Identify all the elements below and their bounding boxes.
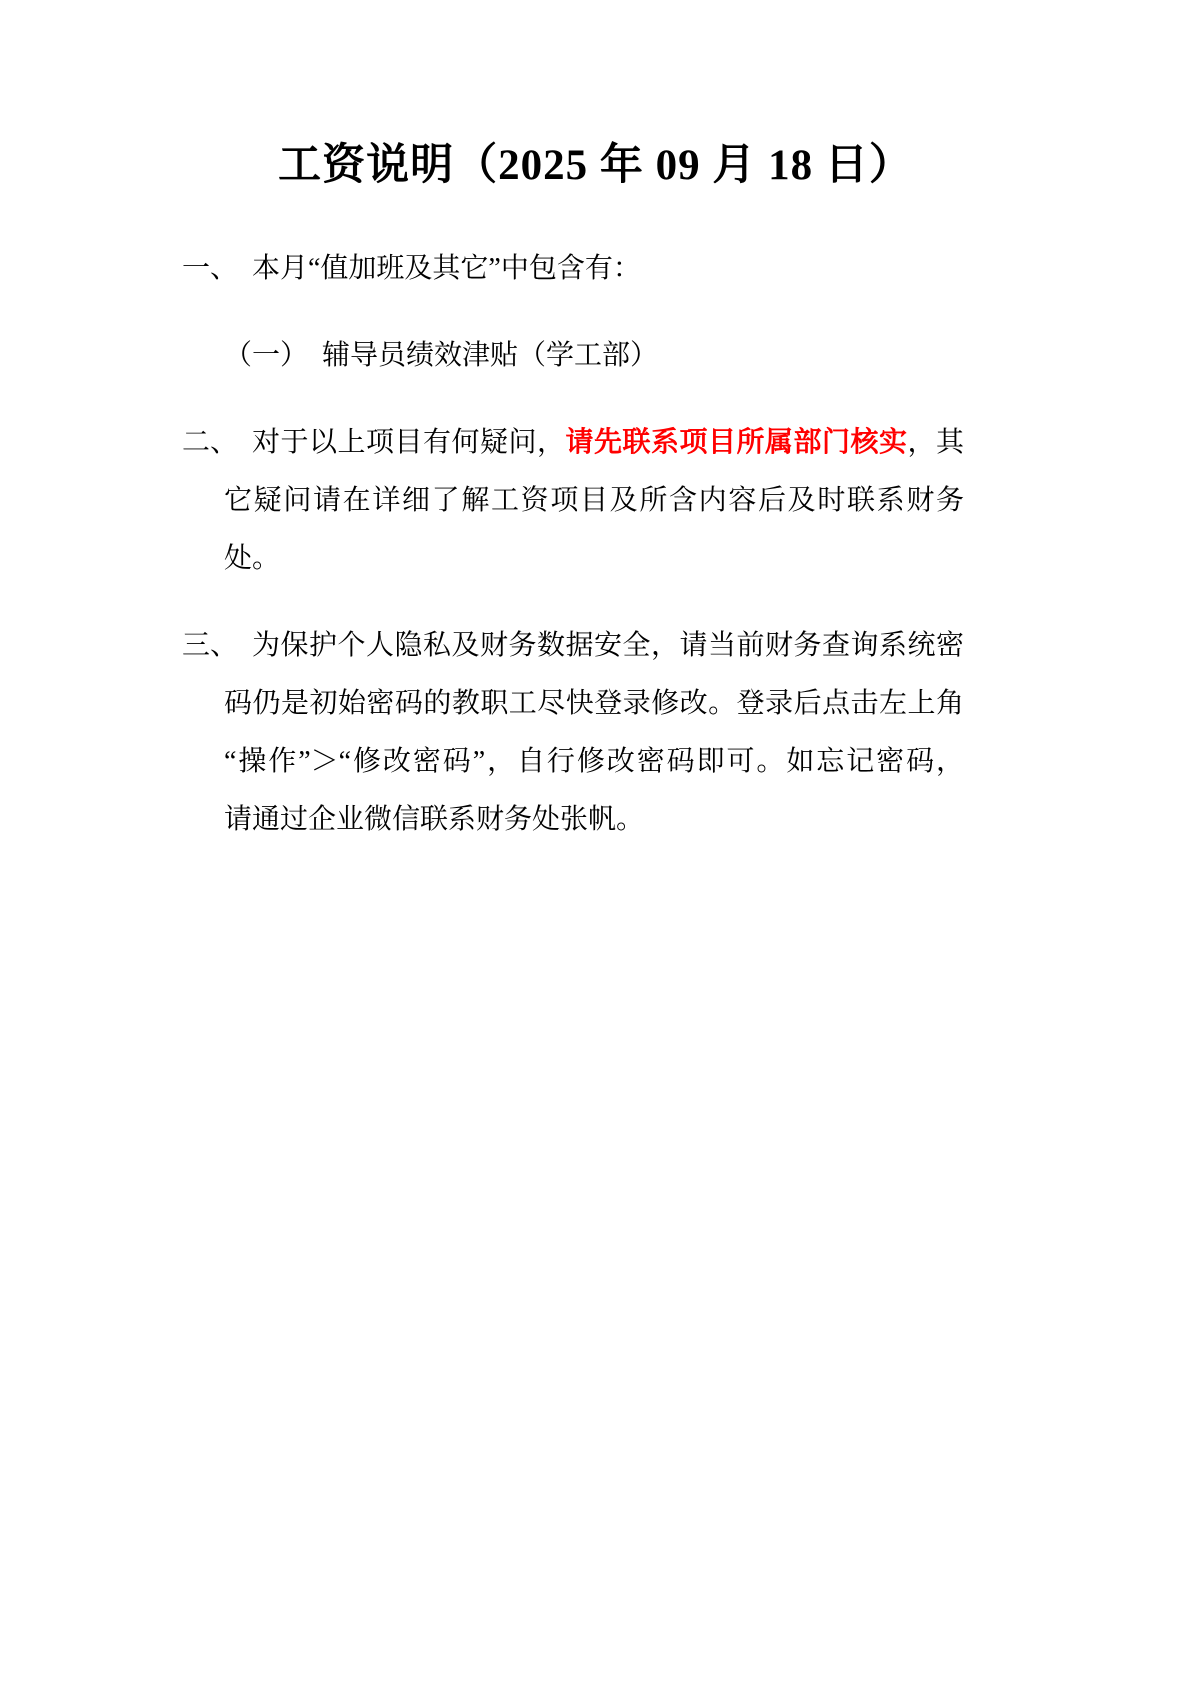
document-title: 工资说明（2025 年 09 月 18 日） [0,140,1191,192]
document-body: 工资说明（2025 年 09 月 18 日） 一、 本月“值加班及其它”中包含有… [0,0,1191,849]
sub-list-item-number: （一） [224,340,308,371]
paragraph-text: ，其 [907,427,964,458]
paragraph-text: 为保护个人隐私及财务数据安全，请当前财务查询系统密 [252,630,964,661]
list-item-three-number: 三、 [182,617,238,675]
list-item-two: 二、 对于以上项目有何疑问，请先联系项目所属部门核实，其 它疑问请在详细了解工资… [224,414,964,588]
list-item-three: 三、 为保护个人隐私及财务数据安全，请当前财务查询系统密 码仍是初始密码的教职工… [224,617,964,849]
page: 工资说明（2025 年 09 月 18 日） 一、 本月“值加班及其它”中包含有… [0,0,1191,1684]
list-item-one: 一、 本月“值加班及其它”中包含有： [224,240,964,298]
text-line: 它疑问请在详细了解工资项目及所含内容后及时联系财务处。 [224,472,964,588]
text-line: 码仍是初始密码的教职工尽快登录修改。登录后点击左上角 [224,675,964,733]
text-line: 为保护个人隐私及财务数据安全，请当前财务查询系统密 [224,617,964,675]
list-item-two-number: 二、 [182,414,238,472]
text-line: 本月“值加班及其它”中包含有： [224,240,964,298]
paragraph-text: 码仍是初始密码的教职工尽快登录修改。登录后点击左上角 [224,688,964,719]
text-line: “操作”＞“修改密码”，自行修改密码即可。如忘记密码， [224,733,964,791]
list-item-one-number: 一、 [182,240,238,298]
emphasis-text: 请先联系项目所属部门核实 [565,427,907,458]
paragraph-text: 辅导员绩效津贴（学工部） [322,340,658,371]
text-line: 请通过企业微信联系财务处张帆。 [224,791,964,849]
paragraph-text: 它疑问请在详细了解工资项目及所含内容后及时联系财务处。 [224,485,964,574]
paragraph-text: “操作”＞“修改密码”，自行修改密码即可。如忘记密码， [224,746,964,777]
paragraph-text: 请通过企业微信联系财务处张帆。 [224,804,644,835]
paragraph-text: 本月“值加班及其它”中包含有： [252,253,641,284]
paragraph-text: 对于以上项目有何疑问， [252,427,565,458]
text-line: （一）辅导员绩效津贴（学工部） [224,327,964,385]
text-line: 对于以上项目有何疑问，请先联系项目所属部门核实，其 [224,414,964,472]
sub-list-item: （一）辅导员绩效津贴（学工部） [224,327,964,385]
